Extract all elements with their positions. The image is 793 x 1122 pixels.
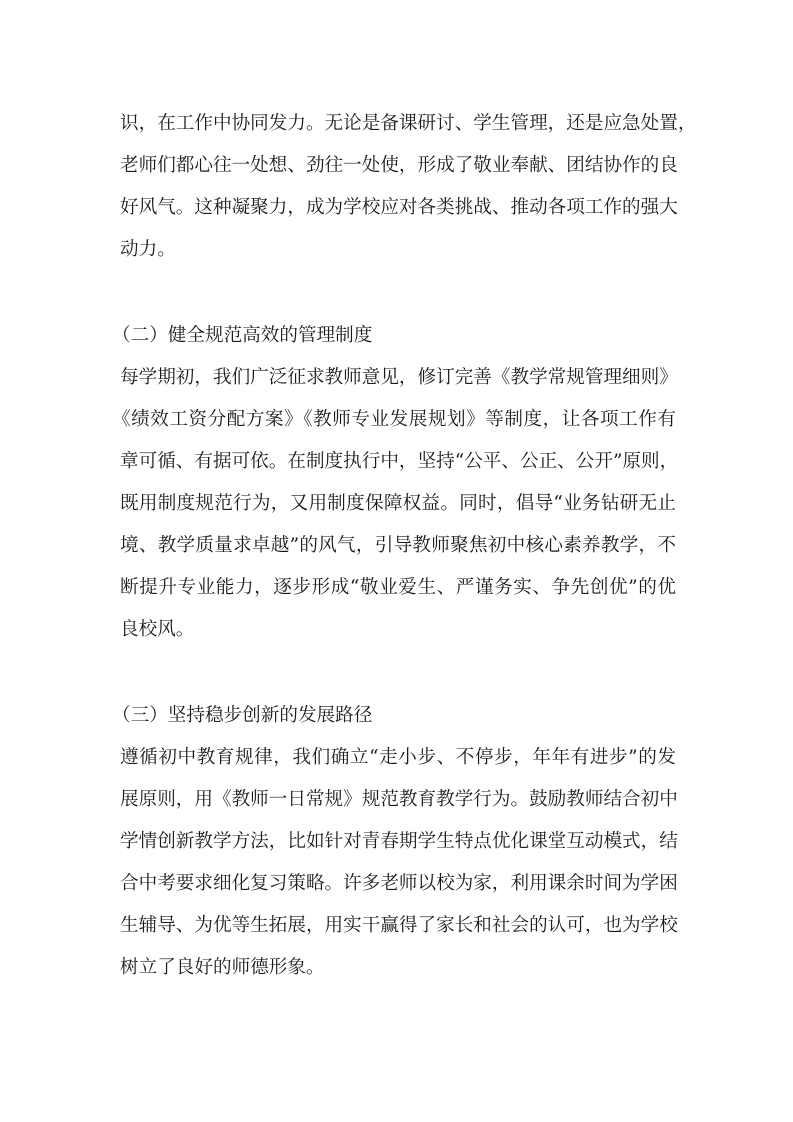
text-line: 树立了良好的师德形象。 bbox=[120, 947, 676, 989]
text-line: 合中考要求细化复习策略。许多老师以校为家，利用课余时间为学困 bbox=[120, 863, 676, 905]
text-line: 遵循初中教育规律，我们确立“走小步、不停步，年年有进步”的发 bbox=[120, 737, 676, 779]
text-line: 动力。 bbox=[120, 229, 676, 271]
section-heading-management-system: （二）健全规范高效的管理制度 bbox=[112, 315, 676, 357]
paragraph-spacer bbox=[120, 651, 676, 695]
paragraph-cohesion: 识，在工作中协同发力。无论是备课研讨、学生管理，还是应急处置， 老师们都心往一处… bbox=[120, 103, 676, 271]
text-line: 断提升专业能力，逐步形成“敬业爱生、严谨务实、争先创优”的优 bbox=[120, 567, 676, 609]
text-line: 好风气。这种凝聚力，成为学校应对各类挑战、推动各项工作的强大 bbox=[120, 187, 676, 229]
text-line: 识，在工作中协同发力。无论是备课研讨、学生管理，还是应急处置， bbox=[120, 103, 676, 145]
text-line: 学情创新教学方法，比如针对青春期学生特点优化课堂互动模式，结 bbox=[120, 821, 676, 863]
document-page: 识，在工作中协同发力。无论是备课研讨、学生管理，还是应急处置， 老师们都心往一处… bbox=[120, 103, 676, 989]
text-line: 老师们都心往一处想、劲往一处使，形成了敬业奉献、团结协作的良 bbox=[120, 145, 676, 187]
text-line: 每学期初，我们广泛征求教师意见，修订完善《教学常规管理细则》 bbox=[120, 357, 676, 399]
text-line: 展原则，用《教师一日常规》规范教育教学行为。鼓励教师结合初中 bbox=[120, 779, 676, 821]
text-line: 良校风。 bbox=[120, 609, 676, 651]
text-line: 《绩效工资分配方案》《教师专业发展规划》等制度，让各项工作有 bbox=[112, 399, 676, 441]
section-heading-development-path: （三）坚持稳步创新的发展路径 bbox=[112, 695, 676, 737]
text-line: 境、教学质量求卓越”的风气，引导教师聚焦初中核心素养教学，不 bbox=[120, 525, 676, 567]
text-line: 章可循、有据可依。在制度执行中，坚持“公平、公正、公开”原则， bbox=[120, 441, 676, 483]
paragraph-spacer bbox=[120, 271, 676, 315]
paragraph-development-path: 遵循初中教育规律，我们确立“走小步、不停步，年年有进步”的发 展原则，用《教师一… bbox=[120, 737, 676, 989]
paragraph-management-system: 每学期初，我们广泛征求教师意见，修订完善《教学常规管理细则》 《绩效工资分配方案… bbox=[120, 357, 676, 651]
text-line: 生辅导、为优等生拓展，用实干赢得了家长和社会的认可，也为学校 bbox=[120, 905, 676, 947]
text-line: 既用制度规范行为，又用制度保障权益。同时，倡导“业务钻研无止 bbox=[120, 483, 676, 525]
